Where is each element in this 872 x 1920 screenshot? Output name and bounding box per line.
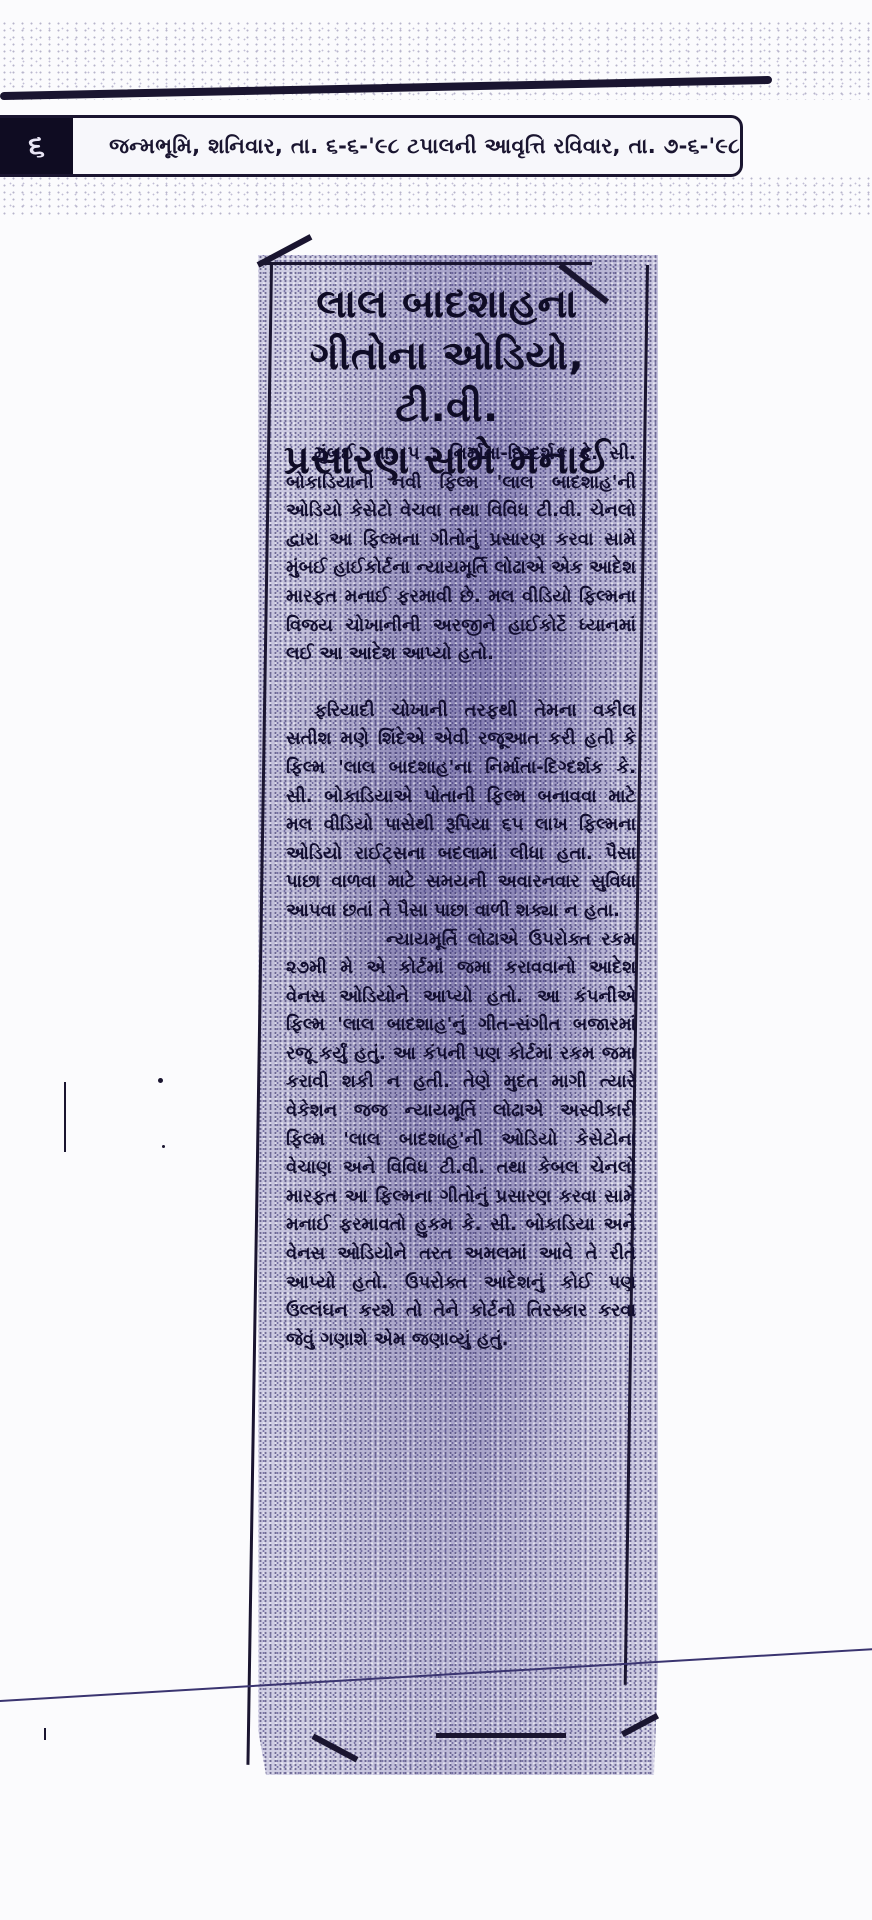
headline-line-2: ગીતોના ઓડિયો, ટી.વી.: [282, 330, 612, 434]
newspaper-header: ૬ જન્મભૂમિ, શનિવાર, તા. ૬-૬-'૯૮ ટપાલની આ…: [0, 115, 743, 177]
scan-dot: [158, 1078, 163, 1083]
article-paragraph: ફરિયાદી ચોખાની તરફથી તેમના વકીલ સતીશ મણે…: [286, 697, 636, 926]
scan-dot: [162, 1145, 165, 1148]
article-paragraph: મુંબઈ, તા. ૫ : નિર્માતા-દિગ્દર્શક કે. સી…: [286, 440, 636, 669]
headline-line-1: લાલ બાદશાહના: [282, 278, 612, 330]
margin-mark: [64, 1082, 66, 1152]
page-number: ૬: [0, 118, 73, 174]
article-body: મુંબઈ, તા. ૫ : નિર્માતા-દિગ્દર્શક કે. સી…: [286, 440, 636, 1354]
article-paragraph: ન્યાયમૂર્તિ લોઢાએ ઉપરોક્ત રકમ ૨૭મી મે એ …: [286, 926, 636, 1355]
margin-tick: [44, 1728, 46, 1740]
scan-noise-header: [0, 175, 872, 215]
clipping-border-top: [262, 262, 592, 265]
masthead-dateline: જન્મભૂમિ, શનિવાર, તા. ૬-૬-'૯૮ ટપાલની આવૃ…: [109, 134, 740, 159]
clipping-border-bottom: [436, 1733, 566, 1738]
